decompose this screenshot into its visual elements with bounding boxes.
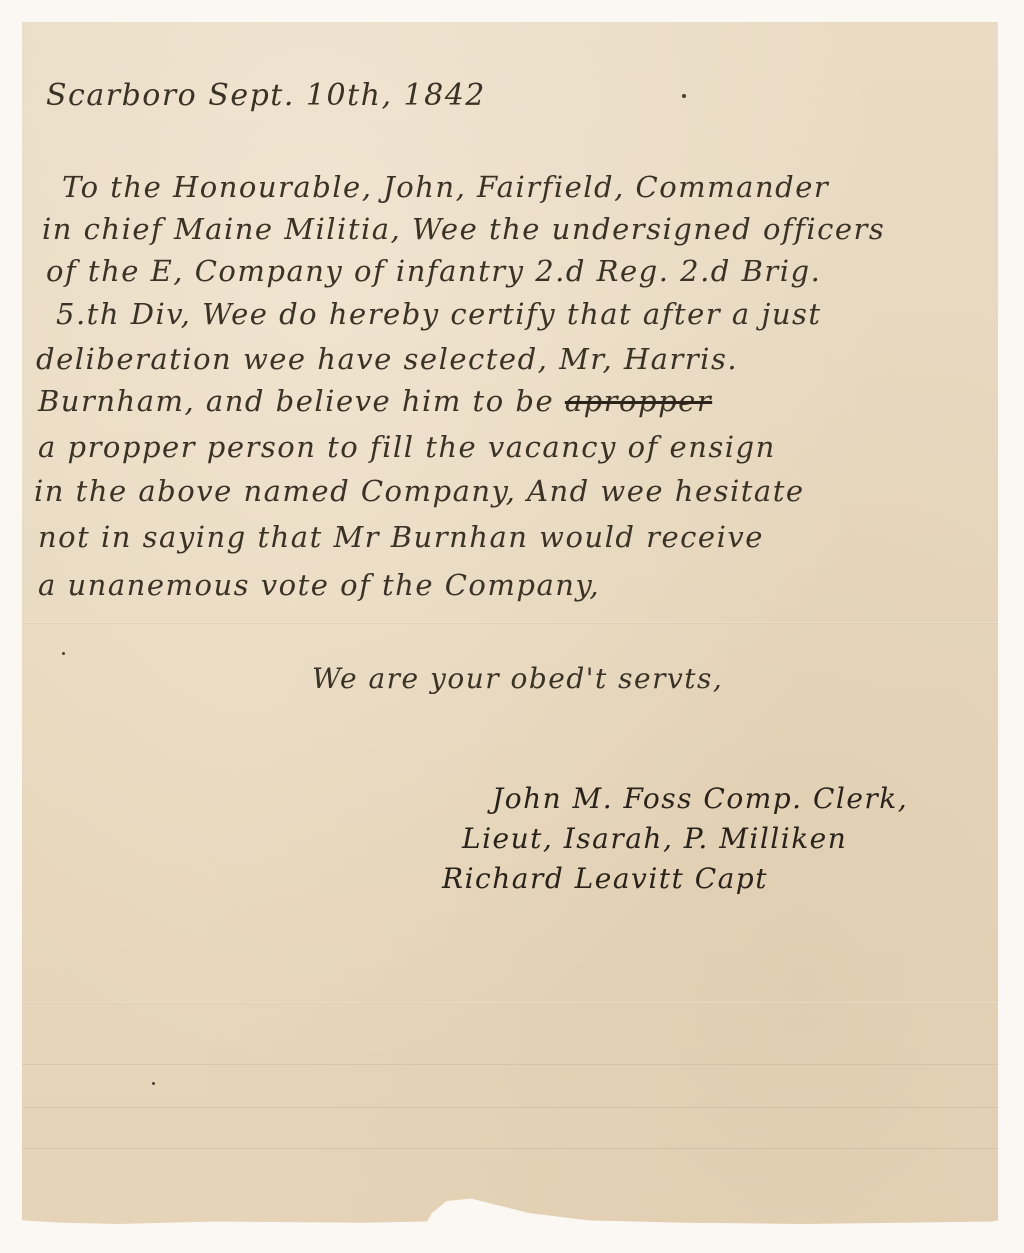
document-viewer: Scarboro Sept. 10th, 1842 To the Honoura… <box>0 0 1024 1253</box>
body-line-4: 5.th Div, Wee do hereby certify that aft… <box>56 297 822 331</box>
signature-clerk: John M. Foss Comp. Clerk, <box>492 782 908 815</box>
body-line-3: of the E, Company of infantry 2.d Reg. 2… <box>46 254 821 288</box>
body-line-6: Burnham, and believe him to be apropper <box>38 384 712 418</box>
body-line-8: in the above named Company, And wee hesi… <box>34 474 805 508</box>
body-line-10: a unanemous vote of the Company, <box>38 568 600 602</box>
ruled-line <box>22 1148 998 1149</box>
body-line-2: in chief Maine Militia, Wee the undersig… <box>42 212 885 246</box>
ink-speck <box>682 94 686 98</box>
ink-speck <box>62 652 65 655</box>
body-line-6-text: Burnham, and believe him to be <box>38 384 554 418</box>
signature-captain: Richard Leavitt Capt <box>442 862 768 895</box>
closing-salutation: We are your obed't servts, <box>312 662 723 695</box>
letter-paper: Scarboro Sept. 10th, 1842 To the Honoura… <box>22 22 998 1230</box>
body-line-9: not in saying that Mr Burnhan would rece… <box>38 520 764 554</box>
fold-line <box>22 1002 998 1004</box>
fold-line <box>22 622 998 624</box>
dateline: Scarboro Sept. 10th, 1842 <box>46 78 486 113</box>
body-line-1: To the Honourable, John, Fairfield, Comm… <box>62 170 829 204</box>
ruled-line <box>22 1107 998 1108</box>
signature-lieutenant: Lieut, Isarah, P. Milliken <box>462 822 847 855</box>
struck-word: apropper <box>565 384 712 418</box>
body-line-7: a propper person to fill the vacancy of … <box>38 430 776 464</box>
ruled-line <box>22 1064 998 1065</box>
body-line-5: deliberation wee have selected, Mr, Harr… <box>36 342 738 376</box>
ink-speck <box>152 1082 155 1085</box>
